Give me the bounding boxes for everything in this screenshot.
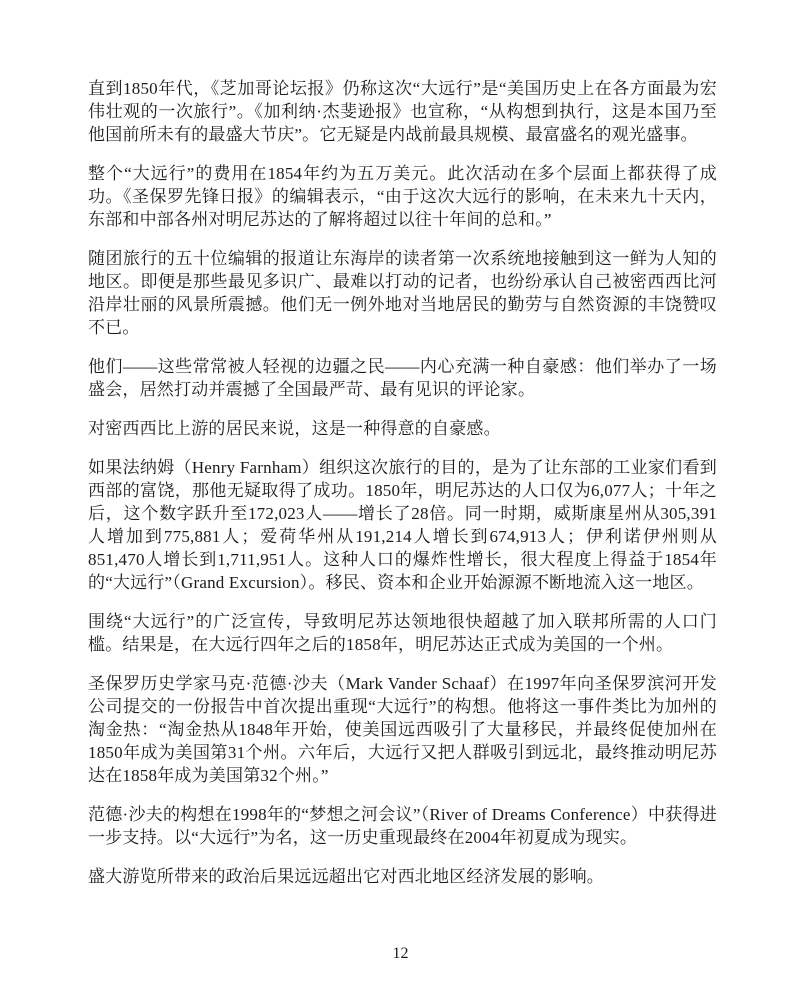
- paragraph-3: 随团旅行的五十位编辑的报道让东海岸的读者第一次系统地接触到这一鲜为人知的地区。即…: [88, 247, 717, 339]
- paragraph-7: 围绕“大远行”的广泛宣传，导致明尼苏达领地很快超越了加入联邦所需的人口门槛。结果…: [88, 610, 717, 656]
- paragraph-8: 圣保罗历史学家马克·范德·沙夫（Mark Vander Schaaf）在1997…: [88, 672, 717, 787]
- paragraph-4: 他们——这些常常被人轻视的边疆之民——内心充满一种自豪感：他们举办了一场盛会，居…: [88, 355, 717, 401]
- paragraph-9: 范德·沙夫的构想在1998年的“梦想之河会议”（River of Dreams …: [88, 803, 717, 849]
- paragraph-6: 如果法纳姆（Henry Farnham）组织这次旅行的目的，是为了让东部的工业家…: [88, 456, 717, 594]
- page-number: 12: [0, 945, 801, 963]
- paragraph-5: 对密西西比上游的居民来说，这是一种得意的自豪感。: [88, 417, 717, 440]
- paragraph-1: 直到1850年代，《芝加哥论坛报》仍称这次“大远行”是“美国历史上在各方面最为宏…: [88, 77, 717, 146]
- document-page: 直到1850年代，《芝加哥论坛报》仍称这次“大远行”是“美国历史上在各方面最为宏…: [0, 0, 801, 1000]
- paragraph-10: 盛大游览所带来的政治后果远远超出它对西北地区经济发展的影响。: [88, 865, 717, 888]
- document-body: 直到1850年代，《芝加哥论坛报》仍称这次“大远行”是“美国历史上在各方面最为宏…: [88, 77, 717, 904]
- paragraph-2: 整个“大远行”的费用在1854年约为五万美元。此次活动在多个层面上都获得了成功。…: [88, 162, 717, 231]
